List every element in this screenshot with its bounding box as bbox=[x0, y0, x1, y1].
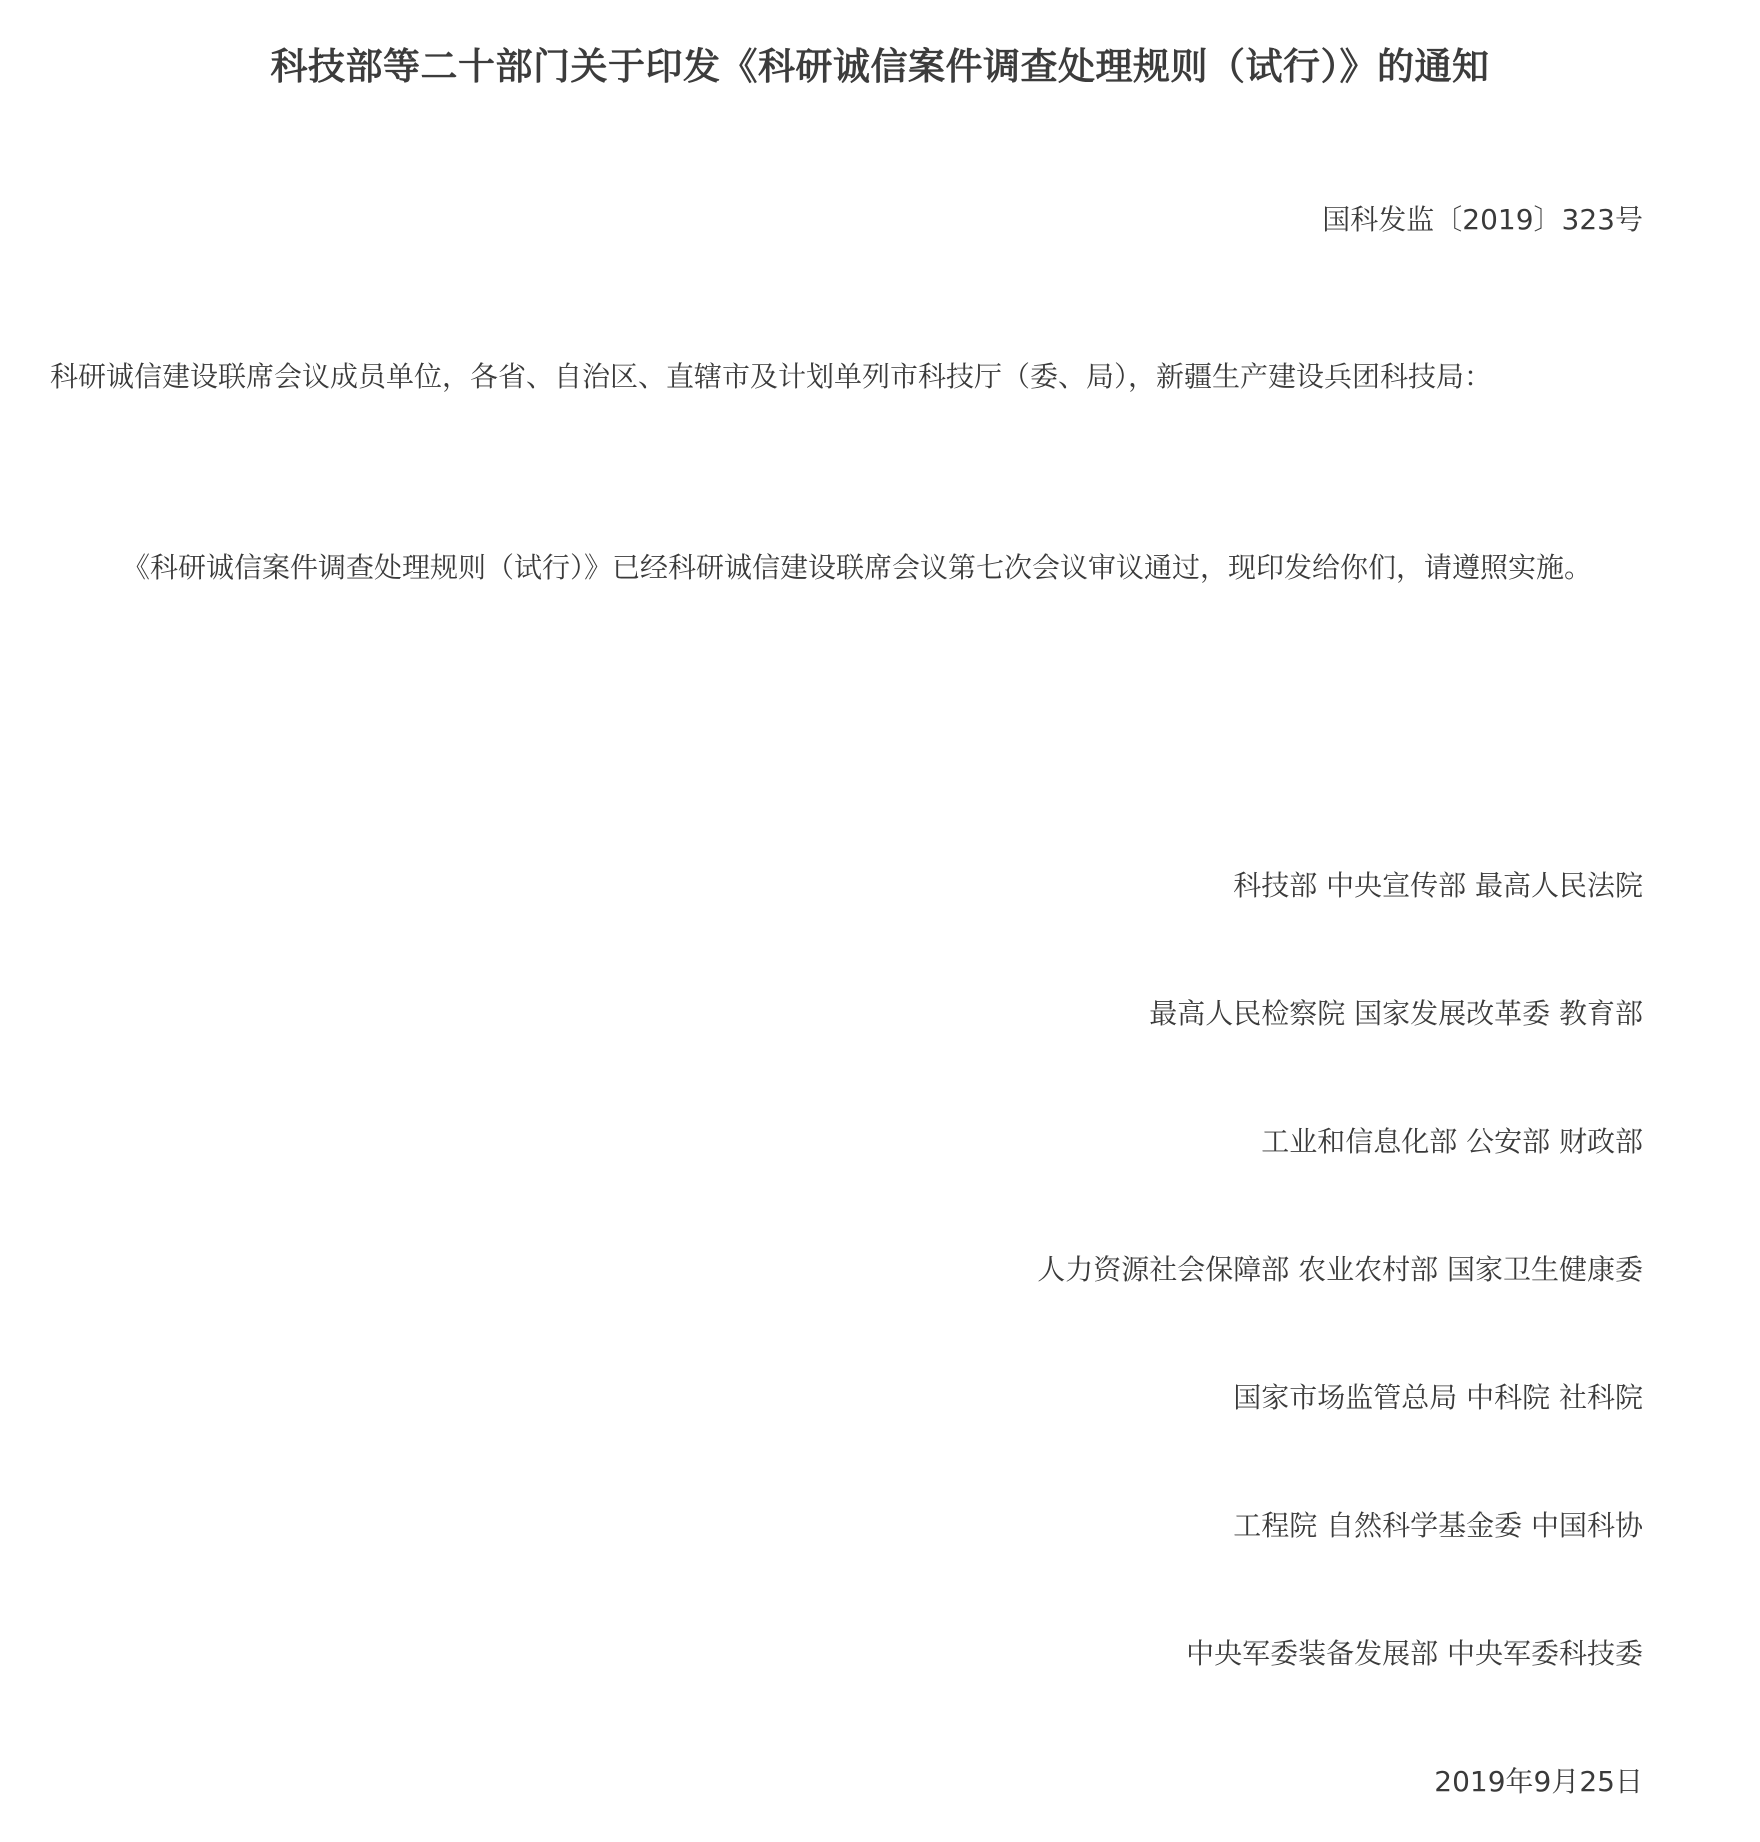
document-title: 科技部等二十部门关于印发《科研诚信案件调查处理规则（试行）》的通知 bbox=[0, 36, 1760, 90]
body-paragraph: 《科研诚信案件调查处理规则（试行）》已经科研诚信建设联席会议第七次会议审议通过，… bbox=[50, 536, 1644, 600]
signatory-line: 国家市场监管总局 中科院 社科院 bbox=[1037, 1368, 1643, 1496]
signatory-line: 科技部 中央宣传部 最高人民法院 bbox=[1037, 856, 1643, 984]
signatory-line: 最高人民检察院 国家发展改革委 教育部 bbox=[1037, 984, 1643, 1112]
signatory-line: 工程院 自然科学基金委 中国科协 bbox=[1037, 1496, 1643, 1624]
document-number: 国科发监〔2019〕323号 bbox=[1322, 198, 1643, 238]
signatories-block: 科技部 中央宣传部 最高人民法院 最高人民检察院 国家发展改革委 教育部 工业和… bbox=[1037, 856, 1643, 1752]
signatory-line: 中央军委装备发展部 中央军委科技委 bbox=[1037, 1624, 1643, 1752]
signatory-line: 工业和信息化部 公安部 财政部 bbox=[1037, 1112, 1643, 1240]
addressee-paragraph: 科研诚信建设联席会议成员单位，各省、自治区、直辖市及计划单列市科技厅（委、局），… bbox=[50, 345, 1644, 409]
document-date: 2019年9月25日 bbox=[1434, 1760, 1643, 1800]
signatory-line: 人力资源社会保障部 农业农村部 国家卫生健康委 bbox=[1037, 1240, 1643, 1368]
